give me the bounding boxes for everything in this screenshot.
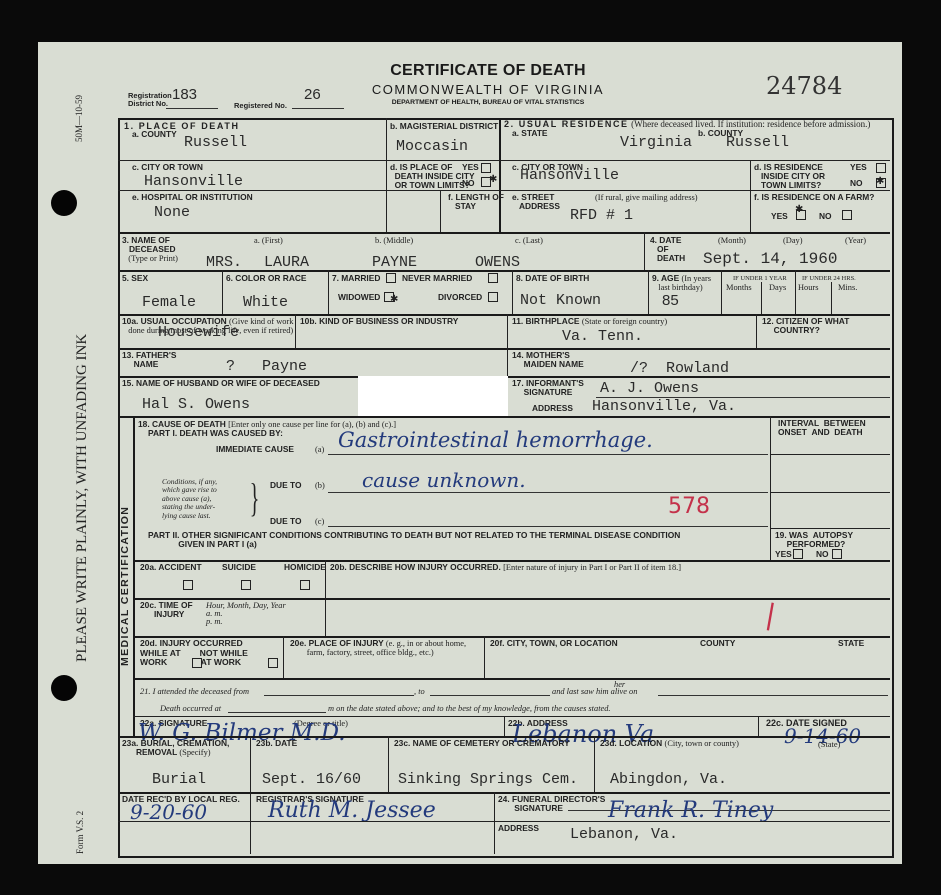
deceased-prefix: MRS. — [206, 254, 242, 271]
under-day-label: IF UNDER 24 HRS. — [802, 274, 856, 283]
burial-method: Burial — [152, 771, 206, 788]
date-of-death: Sept. 14, 1960 — [703, 250, 837, 268]
farm-label: f. IS RESIDENCE ON A FARM? — [754, 193, 874, 202]
married-checkbox[interactable] — [386, 273, 396, 283]
funeral-director-signature: Frank R. Tiney — [608, 798, 773, 823]
divorced-checkbox[interactable] — [488, 292, 498, 302]
never-married-label: NEVER MARRIED — [402, 274, 472, 283]
mother-value: /? Rowland — [630, 360, 729, 377]
burial-location-label: 23d. LOCATION (City, town or county) — [600, 739, 739, 748]
accident-checkbox[interactable] — [183, 580, 193, 590]
residence-inside-limits-label: d. IS RESIDENCE INSIDE CITY OR TOWN LIMI… — [754, 163, 825, 190]
homicide-label: HOMICIDE — [284, 563, 326, 572]
widowed-label: WIDOWED — [338, 293, 380, 302]
residence-yes-label: YES — [850, 163, 867, 172]
informant-label: 17. INFORMANT'S SIGNATURE — [512, 379, 584, 397]
months-label: Months — [726, 283, 752, 292]
informant-address: Hansonville, Va. — [592, 398, 736, 415]
burial-state-label: (State) — [818, 740, 840, 749]
month-label: (Month) — [718, 236, 746, 245]
medical-certification-label: MEDICAL CERTIFICATION — [119, 506, 131, 666]
deceased-middle-name: PAYNE — [372, 254, 417, 271]
autopsy-no-checkbox[interactable] — [832, 549, 842, 559]
registration-district-value: 183 — [172, 86, 197, 103]
burial-method-label: 23a. BURIAL, CREMATION, REMOVAL (Specify… — [122, 739, 229, 757]
birthplace-value: Va. Tenn. — [562, 328, 643, 345]
pm-label: p. m. — [206, 617, 223, 626]
sex-value: Female — [142, 294, 196, 311]
suicide-checkbox[interactable] — [241, 580, 251, 590]
spouse-label: 15. NAME OF HUSBAND OR WIFE OF DECEASED — [122, 379, 320, 388]
commonwealth-title: COMMONWEALTH OF VIRGINIA — [328, 82, 648, 97]
certificate-paper: Form V.S. 2 PLEASE WRITE PLAINLY, WITH U… — [38, 42, 902, 864]
cause-b-label: (b) — [315, 481, 325, 490]
death-county: Russell — [184, 134, 247, 151]
injury-describe-label: 20b. DESCRIBE HOW INJURY OCCURRED. [Ente… — [330, 563, 681, 572]
cause-c-label: (c) — [315, 517, 324, 526]
residence-state-label: a. STATE — [512, 129, 548, 138]
registrar-signature: Ruth M. Jessee — [268, 798, 436, 823]
business-label: 10b. KIND OF BUSINESS OR INDUSTRY — [300, 317, 458, 326]
farm-no-checkbox[interactable] — [842, 210, 852, 220]
burial-location: Abingdon, Va. — [610, 771, 727, 788]
hospital-label: e. HOSPITAL OR INSTITUTION — [132, 193, 253, 202]
county-label: a. COUNTY — [132, 130, 177, 139]
inside-limits-no-label: NO — [462, 179, 475, 188]
death-occurred-text: Death occurred at — [160, 704, 221, 713]
department-title: DEPARTMENT OF HEALTH, BUREAU OF VITAL ST… — [328, 99, 648, 106]
burial-date: Sept. 16/60 — [262, 771, 361, 788]
usual-residence-label: 2. USUAL RESIDENCE (Where deceased lived… — [504, 120, 870, 129]
autopsy-yes-label: YES — [775, 550, 792, 559]
inside-limits-yes-label: YES — [462, 163, 479, 172]
residence-state: Virginia — [620, 134, 692, 151]
check-mark-icon: ✱ — [795, 204, 803, 215]
residence-street: RFD # 1 — [570, 207, 633, 224]
autopsy-no-label: NO — [816, 550, 829, 559]
due-to-c-label: DUE TO — [270, 517, 302, 526]
autopsy-label: 19. WAS AUTOPSY PERFORMED? — [775, 531, 853, 549]
occupation-value: Housewife — [158, 324, 239, 341]
registered-no-value: 26 — [304, 86, 321, 103]
date-of-death-label: 4. DATE OF DEATH — [650, 236, 685, 263]
cemetery-label: 23c. NAME OF CEMETERY OR CREMATORY — [394, 739, 570, 748]
due-to-b-label: DUE TO — [270, 481, 302, 490]
deceased-first-name: LAURA — [264, 254, 309, 271]
mins-label: Mins. — [838, 283, 857, 292]
length-of-stay-label: f. LENGTH OF STAY — [448, 193, 504, 211]
informant-address-label: ADDRESS — [532, 404, 573, 413]
father-label: 13. FATHER'S NAME — [122, 351, 176, 369]
cause-a-label: (a) — [315, 445, 324, 454]
day-label: (Day) — [783, 236, 803, 245]
hours-label: Hours — [798, 283, 818, 292]
never-married-checkbox[interactable] — [488, 273, 498, 283]
form-number: Form V.S. 2 — [75, 811, 85, 854]
cemetery-name: Sinking Springs Cem. — [398, 771, 578, 788]
race-label: 6. COLOR OR RACE — [226, 274, 307, 283]
age-value: 85 — [662, 292, 679, 309]
last-name-label: c. (Last) — [515, 236, 543, 245]
immediate-cause-label: IMMEDIATE CAUSE — [216, 445, 294, 454]
attended-text-1: 21. I attended the deceased from — [140, 687, 249, 696]
death-inside-limits-yes-checkbox[interactable] — [481, 163, 491, 173]
bracket-icon: } — [250, 478, 260, 518]
street-note: (If rural, give mailing address) — [595, 193, 698, 202]
ink-instruction: PLEASE WRITE PLAINLY, WITH UNFADING INK — [74, 334, 91, 662]
divorced-label: DIVORCED — [438, 293, 482, 302]
mother-label: 14. MOTHER'S MAIDEN NAME — [512, 351, 584, 369]
death-occurred-text-2: m on the date stated above; and to the b… — [328, 704, 611, 713]
residence-city: Hansonville — [520, 167, 619, 184]
deceased-last-name: OWENS — [475, 254, 520, 271]
certificate-number: 24784 — [766, 72, 842, 100]
age-label: 9. AGE (In years last birthday) — [652, 274, 711, 292]
magisterial-district-label: b. MAGISTERIAL DISTRICT — [390, 122, 498, 131]
registered-no-label: Registered No. — [234, 101, 287, 110]
place-of-injury-label: 20e. PLACE OF INJURY (e. g., in or about… — [290, 639, 466, 657]
homicide-checkbox[interactable] — [300, 580, 310, 590]
under-year-label: IF UNDER 1 YEAR — [733, 274, 787, 283]
injury-state-label: STATE — [838, 639, 864, 648]
farm-no-label: NO — [819, 212, 832, 221]
funeral-address: Lebanon, Va. — [570, 826, 678, 843]
death-district: Moccasin — [396, 138, 468, 155]
deceased-name-label: 3. NAME OF DECEASED (Type or Print) — [122, 236, 178, 263]
cause-code: 578 — [668, 494, 710, 519]
year-label: (Year) — [845, 236, 866, 245]
farm-yes-label: YES — [771, 212, 788, 221]
spouse-value: Hal S. Owens — [142, 396, 250, 413]
father-value: ? Payne — [226, 358, 307, 375]
interval-label: INTERVAL BETWEENONSET AND DEATH — [778, 419, 866, 437]
registration-district-label: RegistrationDistrict No. — [128, 92, 172, 108]
check-mark-icon: ✱ — [390, 294, 398, 305]
sex-label: 5. SEX — [122, 274, 148, 283]
cause-a-value: Gastrointestinal hemorrhage. — [338, 428, 653, 452]
time-of-injury-label: 20c. TIME OF INJURY — [140, 601, 193, 619]
days-label: Days — [769, 283, 786, 292]
punch-hole-top — [51, 190, 77, 216]
city-location-label: 20f. CITY, TOWN, OR LOCATION — [490, 639, 618, 648]
attended-text-2: , to — [414, 687, 425, 696]
citizen-label: 12. CITIZEN OF WHAT COUNTRY? — [762, 317, 849, 335]
dob-value: Not Known — [520, 292, 601, 309]
first-name-label: a. (First) — [254, 236, 283, 245]
informant-value: A. J. Owens — [600, 380, 699, 397]
print-code: 50M—10-59 — [74, 95, 84, 142]
residence-county: Russell — [726, 134, 789, 151]
dob-label: 8. DATE OF BIRTH — [516, 274, 589, 283]
injury-county-label: COUNTY — [700, 639, 735, 648]
residence-no-label: NO — [850, 179, 863, 188]
conditions-note: Conditions, if any,which gave rise toabo… — [162, 478, 217, 520]
cause-b-value: cause unknown. — [362, 468, 526, 492]
not-while-at-work-checkbox[interactable] — [268, 658, 278, 668]
middle-name-label: b. (Middle) — [375, 236, 413, 245]
part2-label: PART II. OTHER SIGNIFICANT CONDITIONS CO… — [148, 531, 680, 549]
burial-date-label: 23b. DATE — [256, 739, 297, 748]
certificate-title: CERTIFICATE OF DEATH — [338, 62, 638, 80]
death-city: Hansonville — [144, 173, 243, 190]
attended-text-3: and last saw him alive on — [552, 687, 637, 696]
city-label: c. CITY OR TOWN — [132, 163, 203, 172]
while-at-work-checkbox[interactable] — [192, 658, 202, 668]
funeral-address-label: ADDRESS — [498, 824, 539, 833]
race-value: White — [243, 294, 288, 311]
part1-label: PART I. DEATH WAS CAUSED BY: — [148, 429, 283, 438]
check-mark-icon: ✱ — [489, 174, 497, 185]
birthplace-label: 11. BIRTHPLACE (State or foreign country… — [512, 317, 667, 326]
check-mark-icon: ✱ — [876, 176, 884, 187]
residence-inside-limits-yes-checkbox[interactable] — [876, 163, 886, 173]
redacted-field — [358, 376, 508, 418]
suicide-label: SUICIDE — [222, 563, 256, 572]
street-label: e. STREET ADDRESS — [512, 193, 560, 211]
death-hospital: None — [154, 204, 190, 221]
accident-label: 20a. ACCIDENT — [140, 563, 202, 572]
married-label: 7. MARRIED — [332, 274, 380, 283]
punch-hole-bottom — [51, 675, 77, 701]
autopsy-yes-checkbox[interactable] — [793, 549, 803, 559]
